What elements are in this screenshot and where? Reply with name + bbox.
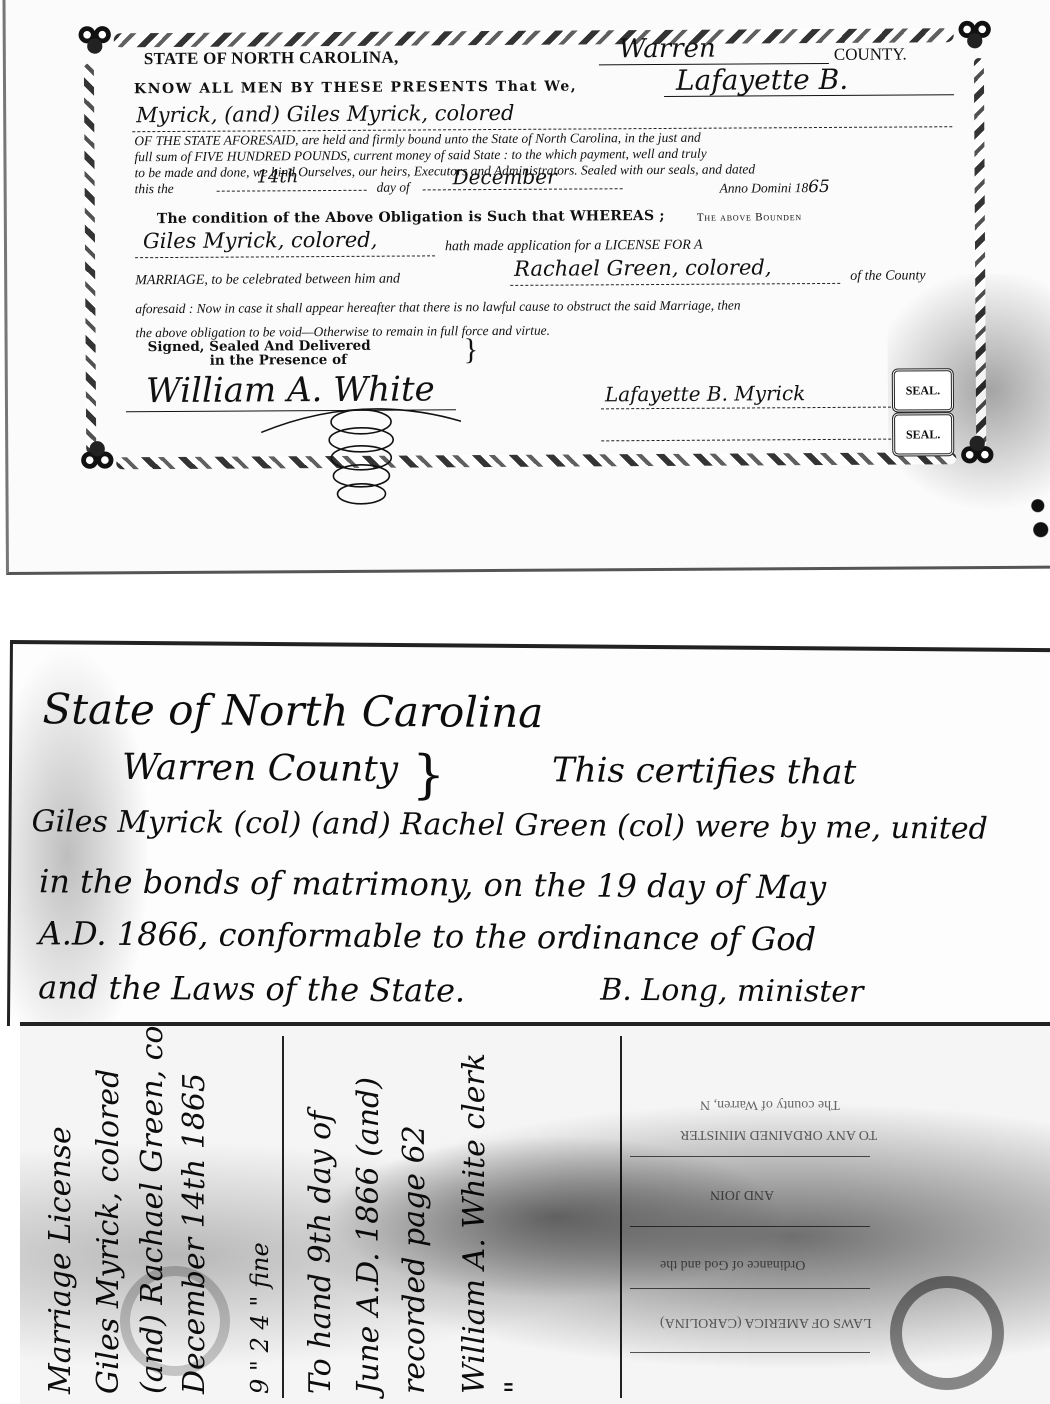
year-suffix-value: 65: [808, 177, 830, 197]
marriage-bond-form: STATE OF NORTH CAROLINA, Warren COUNTY. …: [2, 0, 1050, 575]
ribbon-bow-icon: [76, 21, 114, 59]
groom-field: Giles Myrick, colored,: [135, 227, 435, 258]
column-divider: [620, 1036, 622, 1398]
ribbon-bow-icon: [956, 16, 994, 54]
certifies-text: This certifies that: [552, 750, 857, 792]
form-rule: [630, 1288, 870, 1289]
certificate-state-line: State of North Carolina: [42, 684, 543, 737]
rope-border-left: [84, 63, 96, 453]
docket-recorded: recorded page 62: [397, 1125, 432, 1394]
county-label: COUNTY.: [834, 44, 907, 64]
docket-received-date: June A.D. 1866 (and): [351, 1077, 386, 1394]
county-seal-icon: [890, 1276, 1004, 1390]
bride-value: Rachael Green, colored,: [514, 255, 771, 281]
know-all-men-heading: KNOW ALL MEN BY THESE PRESENTS That We,: [134, 79, 577, 98]
rope-border-right: [974, 58, 986, 448]
bleed-through-text: TO ANY ORDAINED MINISTER: [680, 1126, 877, 1142]
bleed-through-text: LAWS OF AMERICA (CAROLINA): [660, 1314, 872, 1330]
month-value: December: [453, 165, 557, 190]
ribbon-bow-icon: [78, 435, 116, 473]
county-value: Warren: [619, 34, 716, 65]
groom-value: Giles Myrick, colored,: [143, 228, 378, 253]
form-rule: [630, 1156, 870, 1157]
bound-parties-field: Myrick, (and) Giles Myrick, colored: [132, 98, 952, 132]
principal-signature: Lafayette B. Myrick: [605, 381, 806, 406]
ornamental-border: STATE OF NORTH CAROLINA, Warren COUNTY. …: [84, 28, 987, 463]
state-heading: STATE OF NORTH CAROLINA,: [144, 48, 399, 70]
license-docket: The county of Warren, N TO ANY ORDAINED …: [20, 1022, 1050, 1404]
seal-box: SEAL.: [892, 368, 954, 412]
county-field: Warren: [599, 35, 829, 65]
column-divider: [282, 1036, 284, 1398]
second-signature-field: [601, 421, 891, 442]
brace-glyph: }: [464, 333, 479, 367]
rope-border-bottom: [116, 452, 956, 469]
docket-title: Marriage License: [43, 1126, 78, 1394]
form-rule: [630, 1352, 870, 1353]
principal-name-value: Lafayette B.: [676, 63, 848, 97]
form-rule: [630, 1226, 870, 1227]
month-field: December: [423, 170, 623, 190]
day-of-label: day of: [377, 180, 410, 196]
license-application-text: hath made application for a LICENSE FOR …: [445, 238, 703, 256]
condition-heading: The condition of the Above Obligation is…: [157, 208, 665, 227]
bride-field: Rachael Green, colored,: [510, 255, 840, 286]
bleed-through-text: Ordinance of God and the: [660, 1256, 805, 1272]
docket-received: To hand 9th day of: [303, 1111, 338, 1394]
certificate-county-line: Warren County: [122, 747, 398, 790]
docket-date: December 14th 1865: [177, 1073, 212, 1394]
docket-ditto-mark: ": [499, 1380, 534, 1394]
ink-drops: [1027, 494, 1050, 554]
seal-box: SEAL.: [892, 412, 954, 456]
lawful-cause-text: aforesaid : Now in case it shall appear …: [135, 298, 740, 318]
matrimony-date-line: in the bonds of matrimony, on the 19 day…: [39, 862, 826, 906]
anno-domini-label: Anno Domini 18: [720, 180, 809, 196]
docket-groom: Giles Myrick, colored: [91, 1069, 126, 1394]
principal-name-field: Lafayette B.: [664, 64, 954, 97]
day-field: 14th: [217, 172, 367, 192]
couple-names-line: Giles Myrick (col) (and) Rachel Green (c…: [31, 804, 987, 847]
brace-glyph: }: [412, 745, 446, 805]
laws-of-state-line: and the Laws of the State.: [38, 968, 465, 1009]
day-value: 14th: [257, 166, 299, 187]
bleed-through-text: AND JOIN: [710, 1186, 774, 1202]
year-ordinance-line: A.D. 1866, conformable to the ordinance …: [39, 914, 817, 958]
in-presence-label: in the Presence of: [210, 352, 347, 369]
docket-bride: (and) Rachael Green, colored: [135, 1022, 170, 1394]
marriage-celebrated-text: MARRIAGE, to be celebrated between him a…: [135, 272, 400, 290]
docket-fine-note: 9 " 2 4 " fine: [246, 1242, 274, 1394]
principal-signature-field: Lafayette B. Myrick: [601, 379, 891, 410]
docket-clerk: William A. White clerk: [457, 1053, 492, 1394]
of-the-county-text: of the County: [850, 268, 926, 284]
above-bounden-label: The above Bounden: [697, 211, 802, 224]
bleed-through-text: The county of Warren, N: [700, 1096, 840, 1112]
bound-parties-value: Myrick, (and) Giles Myrick, colored: [136, 101, 514, 127]
minister-signature: B. Long, minister: [600, 973, 863, 1010]
ribbon-bow-icon: [958, 430, 996, 468]
marriage-certificate: State of North Carolina Warren County } …: [7, 640, 1050, 1034]
anno-domini: Anno Domini 1865: [720, 177, 830, 198]
signature-flourish-icon: [261, 401, 462, 522]
this-the-label: this the: [135, 181, 174, 197]
